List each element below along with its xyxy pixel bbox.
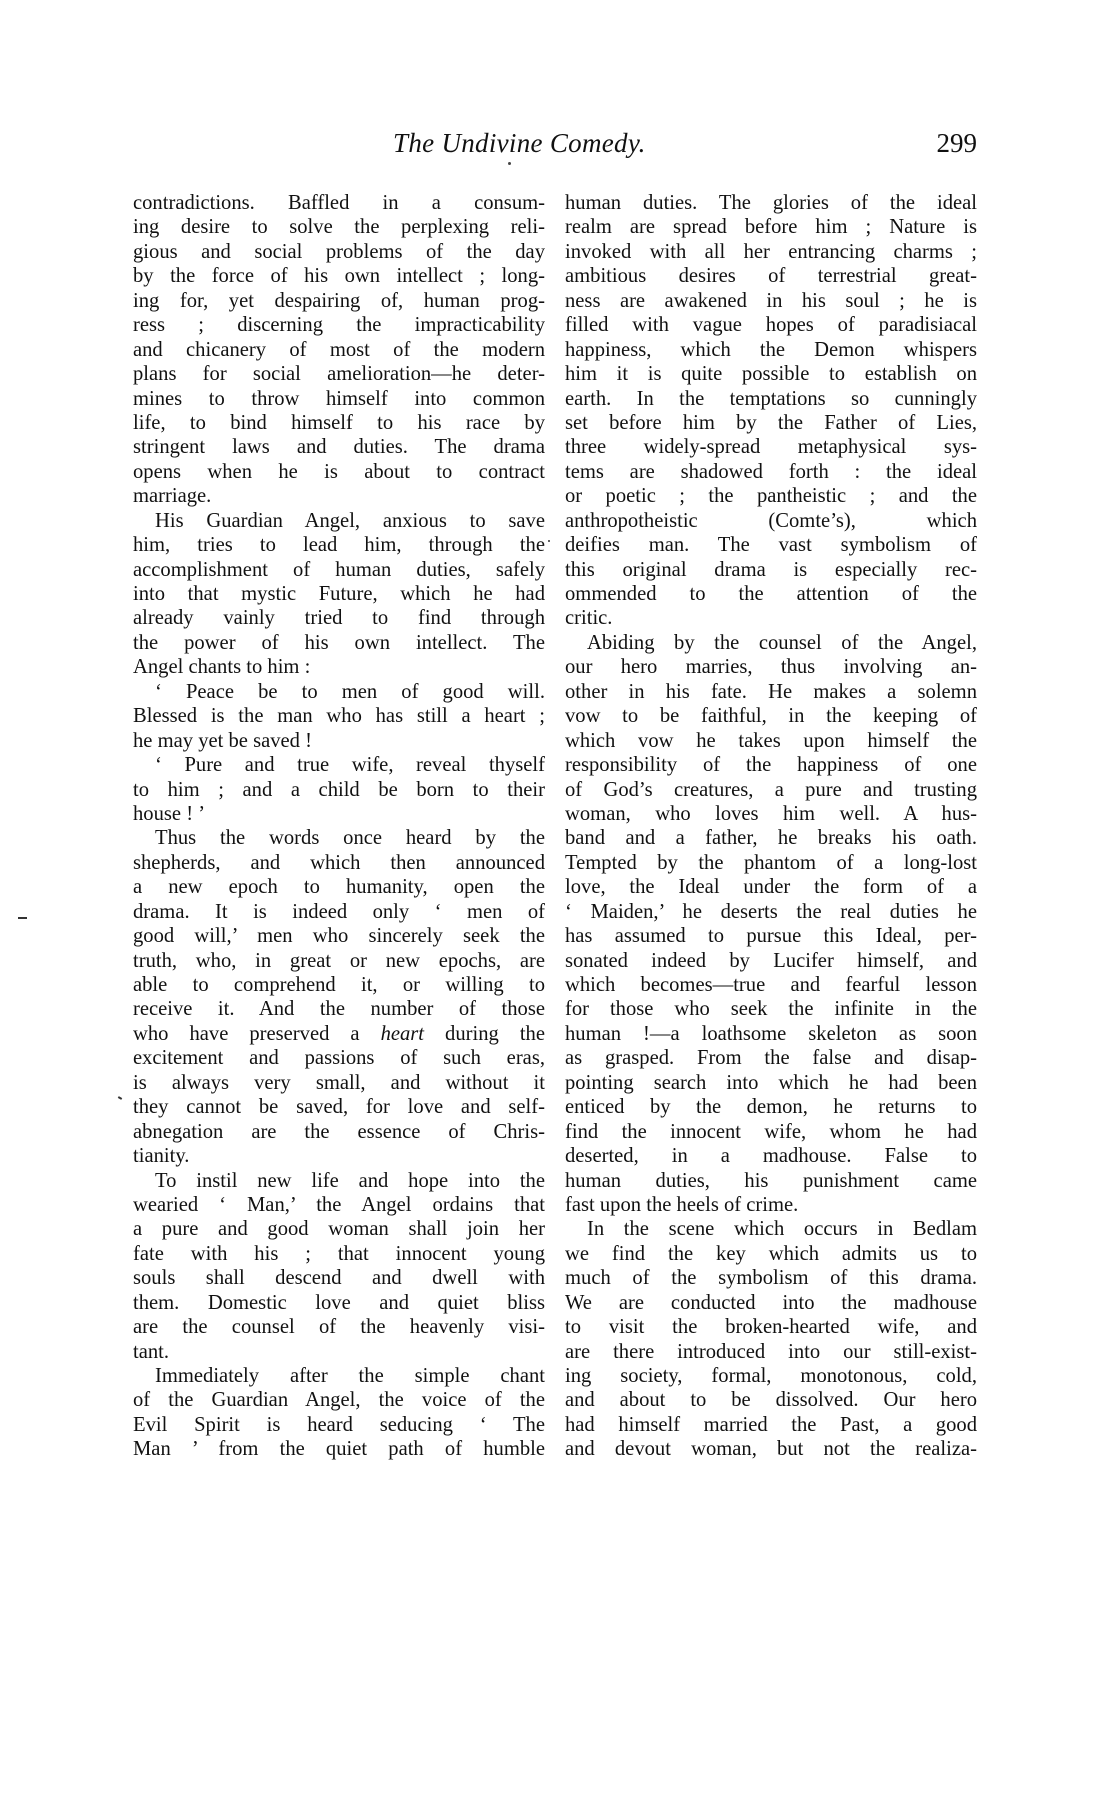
- text-line: truth, who, in great or new epochs, are: [133, 949, 545, 973]
- text-line: the power of his own intellect. The: [133, 631, 545, 655]
- text-line: which vow he takes upon himself the: [565, 729, 977, 753]
- text-line: mines to throw himself into common: [133, 387, 545, 411]
- text-line: as grasped. From the false and disap-: [565, 1046, 977, 1070]
- text-line: much of the symbolism of this drama.: [565, 1266, 977, 1290]
- text-line: ambitious desires of terrestrial great-: [565, 264, 977, 288]
- text-line: and about to be dissolved. Our hero: [565, 1388, 977, 1412]
- text-line: Evil Spirit is heard seducing ‘ The: [133, 1413, 545, 1437]
- text-line: is always very small, and without it: [133, 1071, 545, 1095]
- text-line: for those who seek the infinite in the: [565, 997, 977, 1021]
- text-line: Man ’ from the quiet path of humble: [133, 1437, 545, 1461]
- margin-tick-mark: [118, 1096, 122, 1100]
- text-line: sonated indeed by Lucifer himself, and: [565, 949, 977, 973]
- page-number: 299: [937, 128, 978, 159]
- text-line: set before him by the Father of Lies,: [565, 411, 977, 435]
- text-line: our hero marries, thus involving an-: [565, 655, 977, 679]
- text-line: enticed by the demon, he returns to: [565, 1095, 977, 1119]
- running-title: The Undivine Comedy.: [393, 128, 646, 159]
- text-line: contradictions. Baffled in a consum-: [133, 191, 545, 215]
- text-line: happiness, which the Demon whispers: [565, 338, 977, 362]
- text-line: able to comprehend it, or willing to: [133, 973, 545, 997]
- text-line: Thus the words once heard by the: [133, 826, 545, 850]
- text-line: find the innocent wife, whom he had: [565, 1120, 977, 1144]
- text-line: opens when he is about to contract: [133, 460, 545, 484]
- margin-dash-mark: [18, 917, 27, 919]
- text-fragment: during the: [424, 1023, 545, 1045]
- text-line: marriage.: [133, 484, 545, 508]
- text-line: or poetic ; the pantheistic ; and the: [565, 484, 977, 508]
- text-line: plans for social amelioration—he deter-: [133, 362, 545, 386]
- text-line: tianity.: [133, 1144, 545, 1168]
- italic-emphasis: heart: [381, 1023, 424, 1045]
- text-line: Abiding by the counsel of the Angel,: [565, 631, 977, 655]
- text-line: and devout woman, but not the realiza-: [565, 1437, 977, 1461]
- text-line: which becomes—true and fearful lesson: [565, 973, 977, 997]
- text-line: tant.: [133, 1340, 545, 1364]
- book-page: The Undivine Comedy. 299 contradictions.…: [0, 0, 1120, 1800]
- text-line: human duties. The glories of the ideal: [565, 191, 977, 215]
- text-line: shepherds, and which then announced: [133, 851, 545, 875]
- text-line: love, the Ideal under the form of a: [565, 875, 977, 899]
- text-line: human duties, his punishment came: [565, 1169, 977, 1193]
- text-line: filled with vague hopes of paradisiacal: [565, 313, 977, 337]
- text-line: him, tries to lead him, through the: [133, 533, 545, 557]
- text-line: anthropotheistic (Comte’s), which: [565, 509, 977, 533]
- text-line: tems are shadowed forth : the ideal: [565, 460, 977, 484]
- text-line: ing for, yet despairing of, human prog-: [133, 289, 545, 313]
- text-line: To instil new life and hope into the: [133, 1169, 545, 1193]
- text-line: ‘ Maiden,’ he deserts the real duties he: [565, 900, 977, 924]
- header-speck: [508, 162, 511, 165]
- text-line: wearied ‘ Man,’ the Angel ordains that: [133, 1193, 545, 1217]
- running-header: The Undivine Comedy. 299: [133, 128, 977, 164]
- left-text-column: contradictions. Baffled in a consum-ing …: [133, 191, 545, 1462]
- text-line: life, to bind himself to his race by: [133, 411, 545, 435]
- text-line: Angel chants to him :: [133, 655, 545, 679]
- text-line: are the counsel of the heavenly visi-: [133, 1315, 545, 1339]
- text-line: three widely-spread metaphysical sys-: [565, 435, 977, 459]
- text-line: In the scene which occurs in Bedlam: [565, 1217, 977, 1241]
- text-line: him it is quite possible to establish on: [565, 362, 977, 386]
- text-line: Blessed is the man who has still a heart…: [133, 704, 545, 728]
- text-line: Immediately after the simple chant: [133, 1364, 545, 1388]
- text-line: gious and social problems of the day: [133, 240, 545, 264]
- text-line: already vainly tried to find through: [133, 606, 545, 630]
- text-line: ‘ Peace be to men of good will.: [133, 680, 545, 704]
- text-line: are there introduced into our still-exis…: [565, 1340, 977, 1364]
- text-line: ing society, formal, monotonous, cold,: [565, 1364, 977, 1388]
- text-line: ‘ Pure and true wife, reveal thyself: [133, 753, 545, 777]
- text-line: souls shall descend and dwell with: [133, 1266, 545, 1290]
- text-line: house ! ’: [133, 802, 545, 826]
- text-line: to visit the broken-hearted wife, and: [565, 1315, 977, 1339]
- text-line: they cannot be saved, for love and self-: [133, 1095, 545, 1119]
- text-line: accomplishment of human duties, safely: [133, 558, 545, 582]
- text-line: of the Guardian Angel, the voice of the: [133, 1388, 545, 1412]
- text-line: a new epoch to humanity, open the: [133, 875, 545, 899]
- text-line: pointing search into which he had been: [565, 1071, 977, 1095]
- text-line: to him ; and a child be born to their: [133, 778, 545, 802]
- text-line: band and a father, he breaks his oath.: [565, 826, 977, 850]
- text-line: His Guardian Angel, anxious to save: [133, 509, 545, 533]
- text-line: responsibility of the happiness of one: [565, 753, 977, 777]
- text-line: critic.: [565, 606, 977, 630]
- text-line: of God’s creatures, a pure and trusting: [565, 778, 977, 802]
- text-line: had himself married the Past, a good: [565, 1413, 977, 1437]
- text-line: good will,’ men who sincerely seek the: [133, 924, 545, 948]
- gutter-speck: [548, 540, 550, 542]
- text-line: ommended to the attention of the: [565, 582, 977, 606]
- text-line: drama. It is indeed only ‘ men of: [133, 900, 545, 924]
- text-line: receive it. And the number of those: [133, 997, 545, 1021]
- text-line: Tempted by the phantom of a long-lost: [565, 851, 977, 875]
- text-line: stringent laws and duties. The drama: [133, 435, 545, 459]
- text-line: We are conducted into the madhouse: [565, 1291, 977, 1315]
- text-line: realm are spread before him ; Nature is: [565, 215, 977, 239]
- text-line: deserted, in a madhouse. False to: [565, 1144, 977, 1168]
- text-line: and chicanery of most of the modern: [133, 338, 545, 362]
- text-line: other in his fate. He makes a solemn: [565, 680, 977, 704]
- text-line: ing desire to solve the perplexing reli-: [133, 215, 545, 239]
- text-fragment: who have preserved a: [133, 1023, 381, 1045]
- text-line: into that mystic Future, which he had: [133, 582, 545, 606]
- text-line: who have preserved a heart during the: [133, 1022, 545, 1046]
- text-line: he may yet be saved !: [133, 729, 545, 753]
- text-line: has assumed to pursue this Ideal, per-: [565, 924, 977, 948]
- text-line: by the force of his own intellect ; long…: [133, 264, 545, 288]
- text-line: ress ; discerning the impracticability: [133, 313, 545, 337]
- text-line: ness are awakened in his soul ; he is: [565, 289, 977, 313]
- text-line: vow to be faithful, in the keeping of: [565, 704, 977, 728]
- text-line: excitement and passions of such eras,: [133, 1046, 545, 1070]
- text-line: fate with his ; that innocent young: [133, 1242, 545, 1266]
- text-line: this original drama is especially rec-: [565, 558, 977, 582]
- text-line: them. Domestic love and quiet bliss: [133, 1291, 545, 1315]
- text-line: abnegation are the essence of Chris-: [133, 1120, 545, 1144]
- text-line: deifies man. The vast symbolism of: [565, 533, 977, 557]
- text-line: a pure and good woman shall join her: [133, 1217, 545, 1241]
- text-line: we find the key which admits us to: [565, 1242, 977, 1266]
- text-line: fast upon the heels of crime.: [565, 1193, 977, 1217]
- text-line: human !—a loathsome skeleton as soon: [565, 1022, 977, 1046]
- right-text-column: human duties. The glories of the idealre…: [565, 191, 977, 1462]
- text-line: woman, who loves him well. A hus-: [565, 802, 977, 826]
- text-line: invoked with all her entrancing charms ;: [565, 240, 977, 264]
- text-line: earth. In the temptations so cunningly: [565, 387, 977, 411]
